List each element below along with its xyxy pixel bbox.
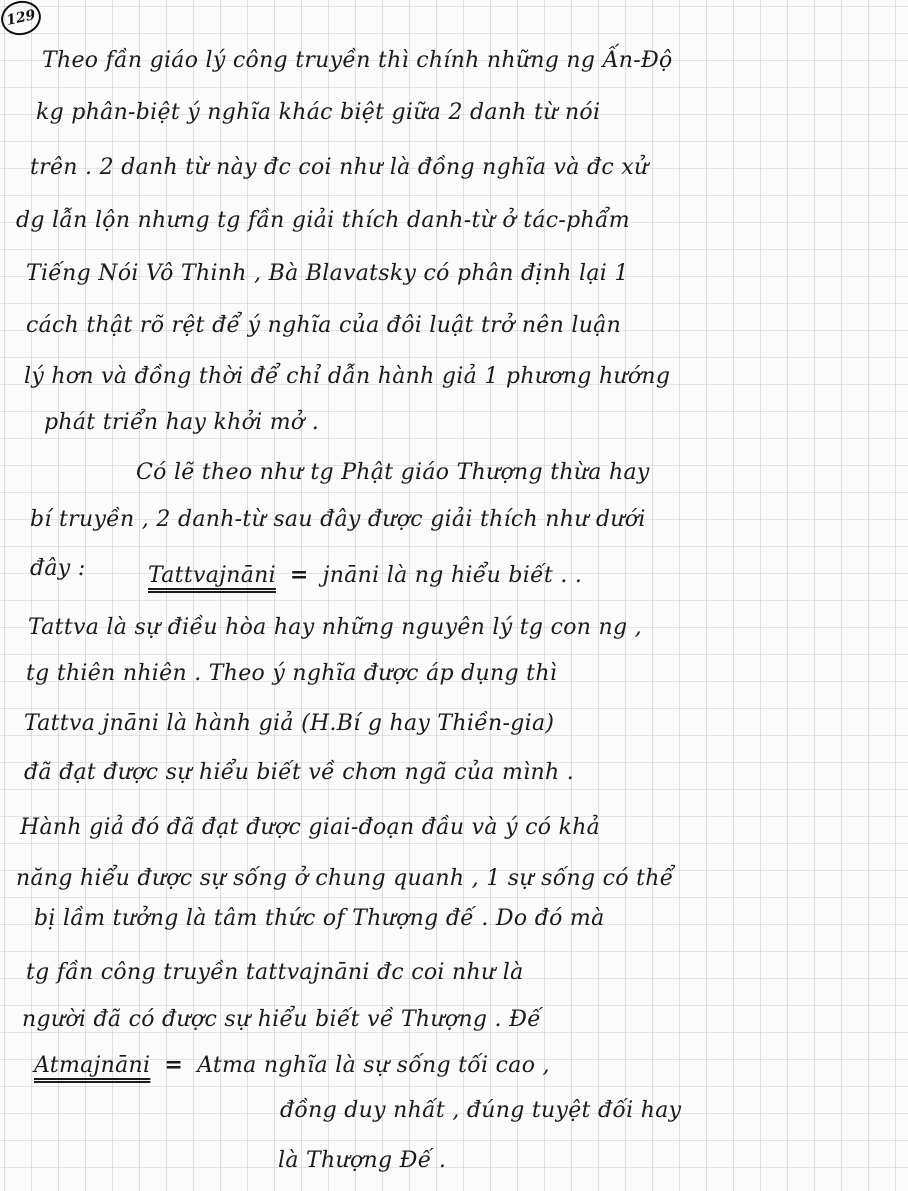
text-line: Tiếng Nói Vô Thinh , Bà Blavatsky có phâ… [26, 261, 629, 286]
equals-sign: = [164, 1052, 183, 1078]
text-line: lý hơn và đồng thời để chỉ dẫn hành giả … [24, 364, 670, 389]
text-line: đã đạt được sự hiểu biết về chơn ngã của… [24, 760, 574, 785]
equals-sign: = [290, 562, 309, 588]
text-line: dg lẫn lộn nhưng tg fần giải thích danh-… [16, 208, 630, 233]
term-definition: Atma nghĩa là sự sống tối cao , [197, 1053, 550, 1078]
text-line: là Thượng Đế . [278, 1148, 446, 1173]
term-name: Atmajnāni [34, 1053, 150, 1078]
text-line: Hành giả đó đã đạt được giai-đoạn đầu và… [20, 815, 600, 840]
text-line: người đã có được sự hiểu biết về Thượng … [22, 1007, 541, 1032]
text-line: Có lẽ theo như tg Phật giáo Thượng thừa … [136, 460, 650, 485]
page-number-badge: 129 [0, 0, 44, 39]
text-line: tg fần công truyền tattvajnāni đc coi nh… [26, 960, 524, 985]
term-heading-tattvajnani: Tattvajnāni=jnāni là ng hiểu biết . . [148, 562, 582, 588]
text-line: Tattva jnāni là hành giả (H.Bí g hay Thi… [24, 711, 554, 736]
text-line: kg phân-biệt ý nghĩa khác biệt giữa 2 da… [36, 100, 600, 125]
text-line: năng hiểu được sự sống ở chung quanh , 1… [16, 866, 674, 891]
text-line: đồng duy nhất , đúng tuyệt đối hay [280, 1098, 681, 1123]
text-line: bí truyền , 2 danh-từ sau đây được giải … [30, 507, 646, 532]
text-line: bị lầm tưởng là tâm thức of Thượng đế . … [34, 906, 605, 931]
handwritten-page: 129 Theo fần giáo lý công truyền thì chí… [0, 0, 908, 1191]
text-line: phát triển hay khởi mở . [44, 410, 319, 435]
text-line: tg thiên nhiên . Theo ý nghĩa được áp dụ… [26, 661, 557, 686]
term-definition: jnāni là ng hiểu biết . . [323, 563, 583, 588]
text-line: cách thật rõ rệt để ý nghĩa của đôi luật… [26, 313, 621, 338]
text-line: Tattva là sự điều hòa hay những nguyên l… [28, 615, 642, 640]
term-name: Tattvajnāni [148, 563, 276, 588]
text-line: trên . 2 danh từ này đc coi như là đồng … [30, 155, 648, 180]
text-line: Theo fần giáo lý công truyền thì chính n… [42, 48, 673, 73]
text-line: đây : [30, 556, 86, 581]
term-heading-atmajnani: Atmajnāni=Atma nghĩa là sự sống tối cao … [34, 1052, 550, 1078]
